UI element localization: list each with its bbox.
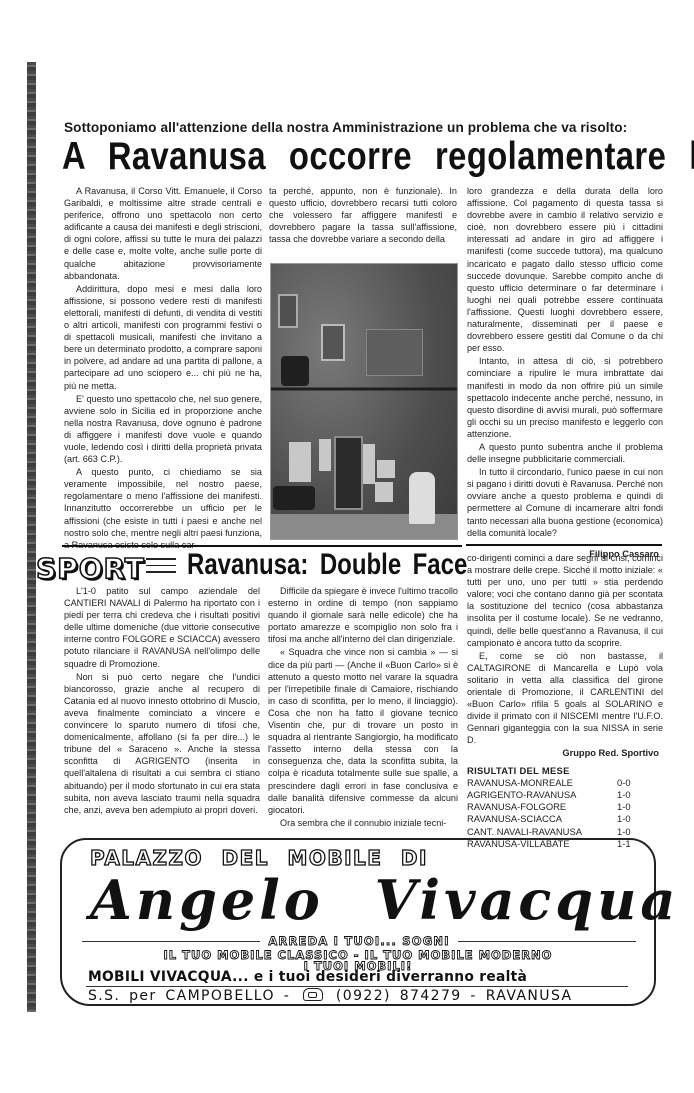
photo-people (409, 472, 435, 524)
photo-figure (281, 356, 309, 386)
paragraph: Non si può certo negare che l'undici bia… (64, 671, 260, 816)
result-row: RAVANUSA-MONREALE0-0 (467, 777, 663, 789)
sport-author: Gruppo Red. Sportivo (467, 747, 663, 759)
photo-scooters (273, 486, 315, 510)
ad-tagline: ARREDA I TUOI... SOGNI (260, 934, 457, 948)
article-photo (270, 263, 458, 540)
result-row: RAVANUSA-SCIACCA1-0 (467, 813, 663, 825)
photo-door (334, 436, 363, 510)
photo-window (366, 329, 423, 376)
section-divider (466, 544, 662, 546)
paragraph: Ora sembra che il connubio iniziale tecn… (268, 817, 458, 829)
paragraph: In tutto il circondario, l'unico paese i… (467, 466, 663, 539)
furniture-advertisement: PALAZZO DEL MOBILE DI Angelo Vivacqua AR… (60, 838, 656, 1006)
article-kicker: Sottoponiamo all'attenzione della nostra… (64, 120, 664, 135)
section-divider (62, 545, 462, 547)
paragraph: ta perché, appunto, non è funzionale). I… (269, 185, 457, 245)
paragraph: A questo punto, ci chiediamo se sia vera… (64, 466, 262, 551)
article-column-1: A Ravanusa, il Corso Vitt. Emanuele, il … (64, 185, 262, 551)
paragraph: L'1-0 patito sul campo aziendale del CAN… (64, 585, 260, 670)
ad-heading: PALAZZO DEL MOBILE DI (90, 846, 428, 870)
paragraph: Difficile da spiegare è invece l'ultimo … (268, 585, 458, 645)
sport-column-2: Difficile da spiegare è invece l'ultimo … (268, 585, 458, 829)
article-column-3: loro grandezza e della durata della loro… (467, 185, 663, 560)
paragraph: A Ravanusa, il Corso Vitt. Emanuele, il … (64, 185, 262, 282)
result-row: CANT. NAVALI-RAVANUSA1-0 (467, 826, 663, 838)
sport-column-1: L'1-0 patito sul campo aziendale del CAN… (64, 585, 260, 816)
sport-logo: SPORT (36, 552, 145, 585)
sport-headline: Ravanusa: Double Face (187, 548, 467, 582)
results-title: RISULTATI DEL MESE (467, 765, 663, 777)
paragraph: E' questo uno spettacolo che, nel suo ge… (64, 393, 262, 466)
paragraph: co-dirigenti cominci a dare segni di cri… (467, 552, 663, 649)
sport-logo-lines (146, 558, 176, 578)
photo-poster (319, 439, 331, 471)
paragraph: Addirittura, dopo mesi e mesi dalla loro… (64, 283, 262, 392)
article-column-2: ta perché, appunto, non è funzionale). I… (269, 185, 457, 245)
paragraph: « Squadra che vince non si cambia » — si… (268, 646, 458, 815)
result-row: AGRIGENTO-RAVANUSA1-0 (467, 789, 663, 801)
scan-edge-strip (27, 62, 36, 1012)
photo-window (278, 294, 298, 328)
photo-window (321, 324, 345, 361)
telephone-icon (303, 988, 323, 1001)
paragraph: E, come se ciò non bastasse, il CALTAGIR… (467, 650, 663, 747)
ad-tagline-row: ARREDA I TUOI... SOGNI (82, 934, 636, 948)
ad-brand-name: Angelo Vivacqua (90, 868, 679, 932)
sport-column-3: co-dirigenti cominci a dare segni di cri… (467, 552, 663, 850)
result-row: RAVANUSA-FOLGORE1-0 (467, 801, 663, 813)
paragraph: Intanto, in attesa di ciò, si potrebbero… (467, 355, 663, 440)
photo-poster (375, 482, 393, 502)
photo-poster (289, 442, 311, 482)
article-headline: A Ravanusa occorre regolamentare l'affis… (62, 134, 566, 184)
ad-rule (82, 941, 260, 942)
photo-poster (363, 444, 375, 484)
ad-slogan: MOBILI VIVACQUA... e i tuoi desideri div… (88, 969, 527, 985)
paragraph: loro grandezza e della durata della loro… (467, 185, 663, 354)
photo-poster (377, 460, 395, 478)
paragraph: A questo punto subentra anche il problem… (467, 441, 663, 465)
ad-rule (458, 941, 636, 942)
ad-rule (86, 986, 628, 987)
ad-address: S.S. per CAMPOBELLO - (0922) 874279 - RA… (88, 988, 572, 1004)
